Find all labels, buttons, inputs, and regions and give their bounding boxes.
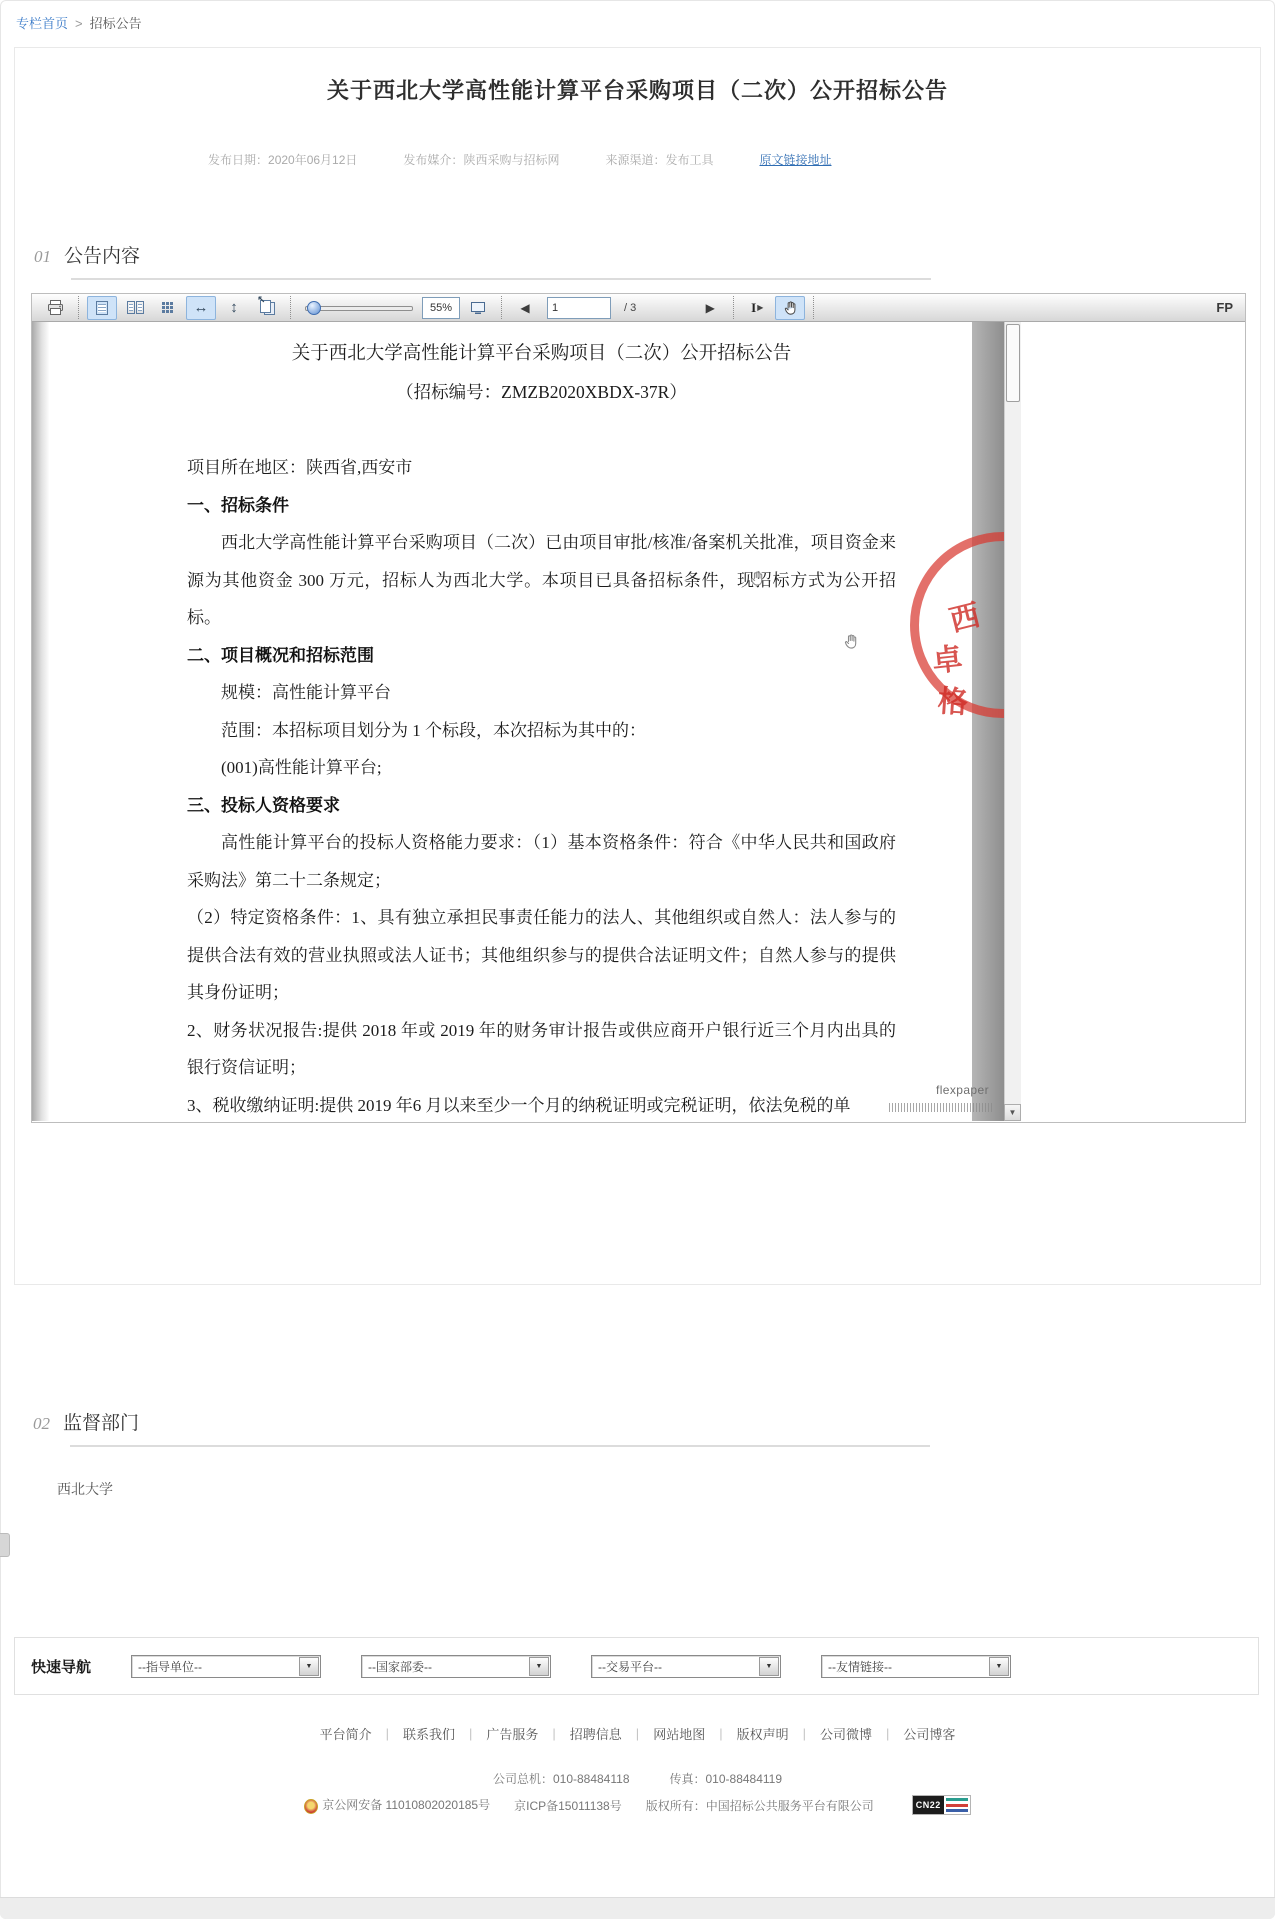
section-header-content: 01 公告内容 (34, 241, 1260, 268)
supervisor-section: 02 监督部门 西北大学 (14, 1405, 1259, 1499)
article-meta: 发布日期：2020年06月12日 发布媒介：陕西采购与招标网 来源渠道：发布工具… (208, 151, 1260, 168)
origin-link[interactable]: 原文链接地址 (759, 151, 831, 168)
scroll-down-button[interactable]: ▼ (1004, 1104, 1021, 1121)
footer-link-weibo[interactable]: 公司微博 (820, 1724, 872, 1743)
page-number-input[interactable] (547, 297, 611, 319)
page-title: 关于西北大学高性能计算平台采购项目（二次）公开招标公告 (15, 74, 1260, 105)
chevron-down-icon[interactable]: ▼ (759, 1657, 779, 1676)
section-number: 01 (34, 247, 51, 267)
doc-subtitle: （招标编号：ZMZB2020XBDX-37R） (187, 374, 896, 412)
doc-line: 规模：高性能计算平台 (187, 674, 896, 712)
doc-line: 范围：本招标项目划分为 1 个标段，本次招标为其中的： (187, 712, 896, 750)
cn22-logo: CN22 (912, 1795, 971, 1815)
friend-links-select[interactable]: --友情链接-- ▼ (821, 1655, 1011, 1678)
doc-line: 高性能计算平台的投标人资格能力要求：（1）基本资格条件：符合《中华人民共和国政府… (187, 824, 896, 899)
supervisor-value: 西北大学 (57, 1479, 1259, 1499)
page-total-label: / 3 (624, 302, 636, 314)
text-select-tool-button[interactable]: I▶ (742, 296, 772, 320)
doc-line: 西北大学高性能计算平台采购项目（二次）已由项目审批/核准/备案机关批准，项目资金… (187, 524, 896, 637)
chevron-down-icon[interactable]: ▼ (299, 1657, 319, 1676)
section-title: 公告内容 (64, 241, 140, 268)
trading-platform-select[interactable]: --交易平台-- ▼ (591, 1655, 781, 1678)
single-page-icon (96, 301, 108, 315)
footer-link-contact[interactable]: 联系我们 (403, 1724, 455, 1743)
hand-tool-button[interactable] (775, 296, 805, 320)
pdf-viewer: ↔ ↕ ↖ ◀ / 3 ▶ I▶ (31, 293, 1246, 1123)
next-page-icon: ▶ (706, 301, 715, 315)
company-fax: 传真：010-88484119 (670, 1772, 783, 1786)
monitor-icon (470, 301, 486, 315)
document-page[interactable]: 关于西北大学高性能计算平台采购项目（二次）公开招标公告 （招标编号：ZMZB20… (49, 322, 972, 1121)
two-page-view-button[interactable] (120, 296, 150, 320)
zoom-slider-knob[interactable] (307, 301, 321, 315)
fit-height-button[interactable]: ↕ (219, 296, 249, 320)
toolbar-separator (78, 296, 79, 319)
two-page-icon (127, 301, 144, 314)
police-beian: 京公网安备 11010802020185号 (304, 1796, 490, 1813)
thumbnails-icon (162, 302, 165, 305)
section-divider (70, 1445, 930, 1447)
police-badge-icon (304, 1799, 318, 1814)
zoom-percent-input[interactable] (422, 297, 460, 319)
page: 专栏首页>招标公告 关于西北大学高性能计算平台采购项目（二次）公开招标公告 发布… (0, 0, 1275, 1919)
icp-beian: 京ICP备15011138号 (514, 1797, 622, 1814)
publish-date: 发布日期：2020年06月12日 (208, 151, 357, 168)
footer-legal: 京公网安备 11010802020185号 京ICP备15011138号 版权所… (0, 1795, 1275, 1815)
toolbar-separator (501, 296, 502, 319)
footer-link-blog[interactable]: 公司博客 (903, 1724, 955, 1743)
site-footer: 平台简介| 联系我们| 广告服务| 招聘信息| 网站地图| 版权声明| 公司微博… (0, 1712, 1275, 1815)
doc-line: 2、财务状况报告:提供 2018 年或 2019 年的财务审计报告或供应商开户银… (187, 1012, 896, 1087)
footer-link-jobs[interactable]: 招聘信息 (570, 1724, 622, 1743)
breadcrumb-separator: > (75, 16, 83, 31)
bottom-strip (0, 1897, 1275, 1919)
national-ministries-select[interactable]: --国家部委-- ▼ (361, 1655, 551, 1678)
flexpaper-watermark: flexpaper (936, 1083, 989, 1097)
print-button[interactable] (40, 296, 70, 320)
scroll-down-icon: ▼ (1009, 1108, 1017, 1117)
breadcrumb-home-link[interactable]: 专栏首页 (16, 16, 68, 31)
viewer-gutter (972, 322, 1004, 1121)
viewer-scrollbar[interactable]: ▼ (1004, 322, 1021, 1121)
doc-heading: 一、招标条件 (187, 487, 896, 525)
footer-link-sitemap[interactable]: 网站地图 (653, 1724, 705, 1743)
quick-nav-label: 快速导航 (31, 1656, 91, 1677)
footer-link-about[interactable]: 平台简介 (320, 1724, 372, 1743)
pdf-viewport: 关于西北大学高性能计算平台采购项目（二次）公开招标公告 （招标编号：ZMZB20… (32, 322, 1245, 1121)
toolbar-separator (813, 296, 814, 319)
toolbar-separator (733, 296, 734, 319)
copyright-text: 版权所有：中国招标公共服务平台有限公司 (646, 1797, 874, 1814)
section-number: 02 (33, 1414, 50, 1434)
footer-link-copyright-notice[interactable]: 版权声明 (737, 1724, 789, 1743)
doc-heading: 二、项目概况和招标范围 (187, 637, 896, 675)
fullscreen-button[interactable] (463, 296, 493, 320)
doc-heading: 三、投标人资格要求 (187, 787, 896, 825)
thumbnail-view-button[interactable] (153, 296, 183, 320)
hand-icon (783, 300, 798, 316)
previous-view-icon: ↖ (259, 300, 275, 315)
pdf-toolbar: ↔ ↕ ↖ ◀ / 3 ▶ I▶ (32, 294, 1245, 322)
footer-contacts: 公司总机：010-88484118传真：010-88484119 (0, 1770, 1275, 1787)
page-edge-tab (0, 1533, 10, 1557)
text-select-icon: I (751, 301, 756, 314)
guide-unit-select[interactable]: --指导单位-- ▼ (131, 1655, 321, 1678)
watermark-barcode (889, 1103, 993, 1112)
doc-line: 项目所在地区：陕西省,西安市 (187, 449, 896, 487)
previous-page-button[interactable]: ◀ (510, 296, 540, 320)
quick-nav-bar: 快速导航 --指导单位-- ▼ --国家部委-- ▼ --交易平台-- ▼ --… (14, 1637, 1259, 1695)
chevron-down-icon[interactable]: ▼ (529, 1657, 549, 1676)
section-title: 监督部门 (63, 1408, 139, 1435)
flexpaper-brand: FP (1216, 300, 1233, 315)
doc-title: 关于西北大学高性能计算平台采购项目（二次）公开招标公告 (187, 336, 896, 374)
doc-line: (001)高性能计算平台; (187, 749, 896, 787)
zoom-slider[interactable] (305, 298, 413, 318)
doc-line: 3、税收缴纳证明:提供 2019 年6 月以来至少一个月的纳税证明或完税证明，依… (187, 1087, 896, 1122)
publish-media: 发布媒介：陕西采购与招标网 (403, 151, 559, 168)
page-left-shadow (32, 322, 49, 1121)
next-page-button[interactable]: ▶ (695, 296, 725, 320)
breadcrumb: 专栏首页>招标公告 (16, 13, 142, 32)
printer-icon (47, 300, 64, 315)
chevron-down-icon[interactable]: ▼ (989, 1657, 1009, 1676)
breadcrumb-current: 招标公告 (90, 16, 142, 31)
source-channel: 来源渠道：发布工具 (605, 151, 713, 168)
previous-view-button[interactable]: ↖ (252, 296, 282, 320)
announcement-panel: 关于西北大学高性能计算平台采购项目（二次）公开招标公告 发布日期：2020年06… (14, 47, 1261, 1285)
scrollbar-thumb[interactable] (1006, 324, 1020, 402)
section-header-supervisor: 02 监督部门 (33, 1408, 1259, 1435)
section-divider (71, 278, 931, 280)
doc-line: （2）特定资格条件：1、具有独立承担民事责任能力的法人、其他组织或自然人：法人参… (187, 899, 896, 1012)
company-phone: 公司总机：010-88484118 (493, 1772, 630, 1786)
footer-link-ads[interactable]: 广告服务 (486, 1724, 538, 1743)
single-page-view-button[interactable] (87, 296, 117, 320)
fit-height-icon: ↕ (230, 300, 238, 315)
fit-width-button[interactable]: ↔ (186, 296, 216, 320)
fit-width-icon: ↔ (194, 300, 209, 315)
footer-links: 平台简介| 联系我们| 广告服务| 招聘信息| 网站地图| 版权声明| 公司微博… (0, 1724, 1275, 1743)
document-text: 关于西北大学高性能计算平台采购项目（二次）公开招标公告 （招标编号：ZMZB20… (49, 322, 972, 1121)
toolbar-separator (290, 296, 291, 319)
previous-page-icon: ◀ (520, 301, 529, 315)
